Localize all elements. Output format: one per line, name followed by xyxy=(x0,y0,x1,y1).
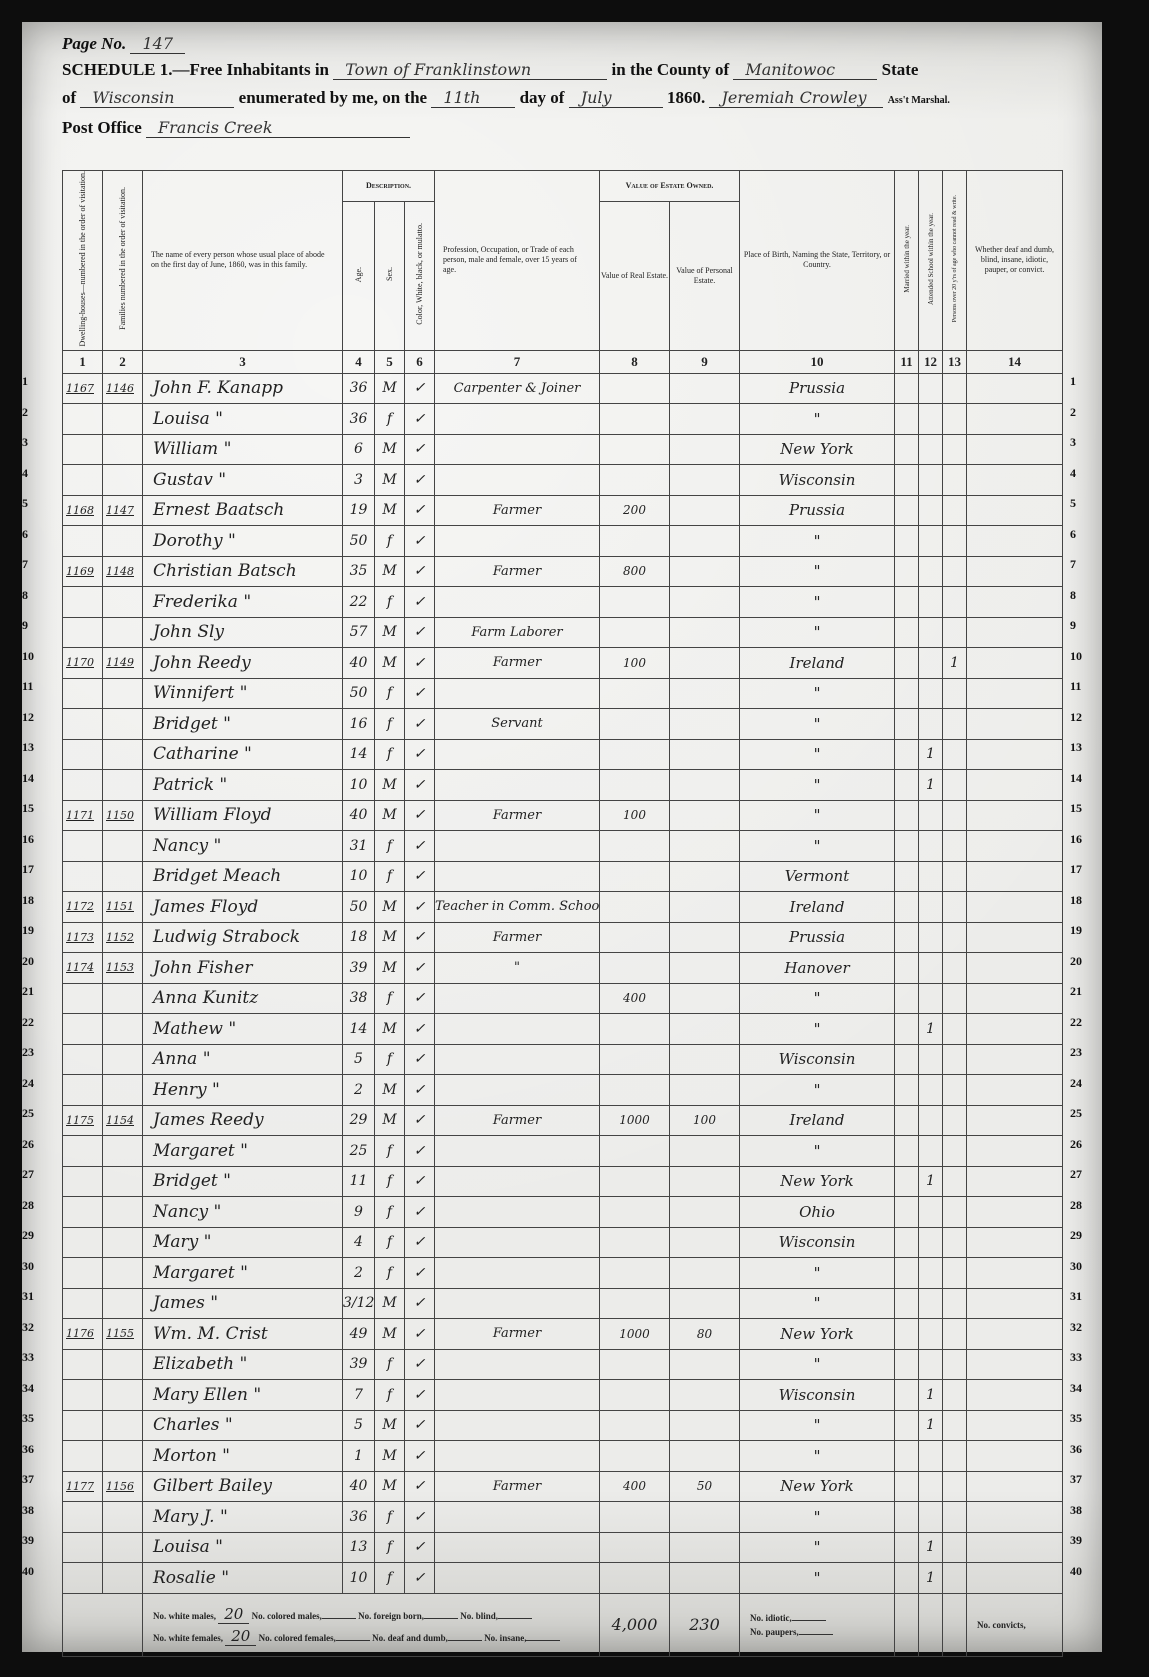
personal-estate-value xyxy=(670,1044,740,1075)
family-number xyxy=(103,1044,143,1075)
color-mark: ✓ xyxy=(405,556,435,587)
disability xyxy=(967,922,1063,953)
dwelling-number xyxy=(63,1380,103,1411)
real-estate-value xyxy=(600,922,670,953)
person-name: Christian Batsch xyxy=(143,556,343,587)
line-number: 35 xyxy=(22,1411,34,1426)
dwelling-number xyxy=(63,587,103,618)
person-name: John F. Kanapp xyxy=(143,373,343,404)
real-estate-value xyxy=(600,1410,670,1441)
married-mark xyxy=(895,495,919,526)
school-mark xyxy=(919,800,943,831)
real-estate-value: 400 xyxy=(600,983,670,1014)
age: 29 xyxy=(343,1105,375,1136)
personal-estate-value xyxy=(670,434,740,465)
illiterate-mark xyxy=(943,861,967,892)
school-mark xyxy=(919,526,943,557)
real-estate-value xyxy=(600,587,670,618)
sex: M xyxy=(375,373,405,404)
sex: M xyxy=(375,556,405,587)
person-name: Margaret " xyxy=(143,1258,343,1289)
page-number-line: Page No. 147 xyxy=(62,34,185,54)
age: 50 xyxy=(343,678,375,709)
real-estate-value xyxy=(600,770,670,801)
personal-estate-value xyxy=(670,1349,740,1380)
real-estate-value xyxy=(600,1563,670,1594)
family-number: 1154 xyxy=(103,1105,143,1136)
color-mark: ✓ xyxy=(405,709,435,740)
birthplace: " xyxy=(740,770,895,801)
school-mark xyxy=(919,953,943,984)
dwelling-number xyxy=(63,434,103,465)
person-name: Louisa " xyxy=(143,1532,343,1563)
real-estate-total: 4,000 xyxy=(600,1593,670,1656)
line-number: 7 xyxy=(1070,557,1076,572)
illiterate-mark xyxy=(943,1288,967,1319)
sex: M xyxy=(375,1441,405,1472)
person-name: Ernest Baatsch xyxy=(143,495,343,526)
disability xyxy=(967,1258,1063,1289)
color-mark: ✓ xyxy=(405,1319,435,1350)
person-name: Mary " xyxy=(143,1227,343,1258)
dwelling-number xyxy=(63,1410,103,1441)
illiterate-mark xyxy=(943,831,967,862)
table-row: Anna "5f✓Wisconsin xyxy=(63,1044,1063,1075)
school-mark xyxy=(919,1349,943,1380)
table-row: 11721151James Floyd50M✓Teacher in Comm. … xyxy=(63,892,1063,923)
dwelling-number xyxy=(63,1288,103,1319)
school-mark xyxy=(919,617,943,648)
color-mark: ✓ xyxy=(405,617,435,648)
family-number xyxy=(103,1288,143,1319)
family-number xyxy=(103,465,143,496)
occupation xyxy=(435,1349,600,1380)
personal-estate-value xyxy=(670,1380,740,1411)
line-number: 32 xyxy=(22,1320,34,1335)
occupation xyxy=(435,1532,600,1563)
line-number: 32 xyxy=(1070,1320,1082,1335)
occupation: Carpenter & Joiner xyxy=(435,373,600,404)
birthplace: Vermont xyxy=(740,861,895,892)
illiterate-mark xyxy=(943,404,967,435)
personal-estate-value xyxy=(670,587,740,618)
person-name: Gustav " xyxy=(143,465,343,496)
illiterate-mark xyxy=(943,1105,967,1136)
illiterate-mark xyxy=(943,922,967,953)
birthplace: " xyxy=(740,1502,895,1533)
family-number xyxy=(103,526,143,557)
birthplace: " xyxy=(740,587,895,618)
dwelling-number xyxy=(63,404,103,435)
dwelling-number xyxy=(63,1502,103,1533)
age: 50 xyxy=(343,526,375,557)
person-name: John Fisher xyxy=(143,953,343,984)
line-number: 14 xyxy=(22,771,34,786)
table-row: 11671146John F. Kanapp36M✓Carpenter & Jo… xyxy=(63,373,1063,404)
real-estate-value xyxy=(600,831,670,862)
age: 10 xyxy=(343,861,375,892)
family-number xyxy=(103,983,143,1014)
dwelling-number: 1173 xyxy=(63,922,103,953)
illiterate-mark xyxy=(943,556,967,587)
disability xyxy=(967,1441,1063,1472)
occupation xyxy=(435,1166,600,1197)
line-number: 37 xyxy=(22,1472,34,1487)
state-label: State xyxy=(882,60,919,79)
person-name: Winnifert " xyxy=(143,678,343,709)
dwelling-number xyxy=(63,739,103,770)
color-mark: ✓ xyxy=(405,1410,435,1441)
sex: M xyxy=(375,1105,405,1136)
family-number xyxy=(103,1075,143,1106)
personal-estate-value xyxy=(670,953,740,984)
family-number xyxy=(103,1166,143,1197)
real-estate-value xyxy=(600,1441,670,1472)
person-name: Bridget " xyxy=(143,1166,343,1197)
illiterate-mark xyxy=(943,1227,967,1258)
personal-estate-value xyxy=(670,1258,740,1289)
disability xyxy=(967,404,1063,435)
school-mark xyxy=(919,648,943,679)
person-name: Louisa " xyxy=(143,404,343,435)
color-mark: ✓ xyxy=(405,587,435,618)
dwelling-number: 1168 xyxy=(63,495,103,526)
person-name: Dorothy " xyxy=(143,526,343,557)
school-mark: 1 xyxy=(919,770,943,801)
color-mark: ✓ xyxy=(405,1441,435,1472)
disability xyxy=(967,1227,1063,1258)
color-mark: ✓ xyxy=(405,1532,435,1563)
disability xyxy=(967,1105,1063,1136)
sex: M xyxy=(375,495,405,526)
line-number: 18 xyxy=(1070,893,1082,908)
school-mark xyxy=(919,587,943,618)
color-mark: ✓ xyxy=(405,404,435,435)
school-mark xyxy=(919,1471,943,1502)
illiterate-mark xyxy=(943,587,967,618)
illiterate-mark xyxy=(943,1014,967,1045)
sex: M xyxy=(375,434,405,465)
occupation xyxy=(435,434,600,465)
sex: f xyxy=(375,1380,405,1411)
person-name: Margaret " xyxy=(143,1136,343,1167)
school-mark xyxy=(919,1502,943,1533)
real-estate-value xyxy=(600,1075,670,1106)
real-estate-value xyxy=(600,1044,670,1075)
disability xyxy=(967,678,1063,709)
family-number: 1153 xyxy=(103,953,143,984)
disability xyxy=(967,1410,1063,1441)
dwelling-number: 1177 xyxy=(63,1471,103,1502)
occupation: Farm Laborer xyxy=(435,617,600,648)
married-mark xyxy=(895,434,919,465)
birthplace: " xyxy=(740,1288,895,1319)
occupation xyxy=(435,1410,600,1441)
header-family: Families numbered in the order of visita… xyxy=(103,171,143,351)
family-number xyxy=(103,678,143,709)
sex: M xyxy=(375,617,405,648)
person-name: William Floyd xyxy=(143,800,343,831)
occupation xyxy=(435,678,600,709)
occupation xyxy=(435,1075,600,1106)
school-mark: 1 xyxy=(919,1563,943,1594)
table-row: 11701149John Reedy40M✓Farmer100Ireland1 xyxy=(63,648,1063,679)
table-row: Patrick "10M✓"1 xyxy=(63,770,1063,801)
line-number: 17 xyxy=(1070,862,1082,877)
married-mark xyxy=(895,1319,919,1350)
occupation xyxy=(435,587,600,618)
age: 10 xyxy=(343,1563,375,1594)
sex: f xyxy=(375,1563,405,1594)
school-mark xyxy=(919,922,943,953)
occupation xyxy=(435,983,600,1014)
table-row: Bridget "11f✓New York1 xyxy=(63,1166,1063,1197)
dwelling-number xyxy=(63,1532,103,1563)
married-mark xyxy=(895,1136,919,1167)
table-row: Nancy "9f✓Ohio xyxy=(63,1197,1063,1228)
dwelling-number xyxy=(63,709,103,740)
dwelling-number xyxy=(63,1197,103,1228)
school-mark xyxy=(919,465,943,496)
color-mark: ✓ xyxy=(405,892,435,923)
line-number: 40 xyxy=(1070,1564,1082,1579)
disability xyxy=(967,1197,1063,1228)
family-number: 1152 xyxy=(103,922,143,953)
person-name: Nancy " xyxy=(143,831,343,862)
schedule-title-line: SCHEDULE 1.—Free Inhabitants in Town of … xyxy=(62,60,918,80)
line-number: 30 xyxy=(1070,1259,1082,1274)
family-number: 1146 xyxy=(103,373,143,404)
header-description-group: Description. xyxy=(343,171,435,202)
table-row: Louisa "36f✓" xyxy=(63,404,1063,435)
family-number xyxy=(103,1227,143,1258)
family-number: 1148 xyxy=(103,556,143,587)
illiterate-mark xyxy=(943,709,967,740)
color-mark: ✓ xyxy=(405,800,435,831)
county-label: in the County of xyxy=(612,60,730,79)
birthplace: Ireland xyxy=(740,892,895,923)
dwelling-number xyxy=(63,526,103,557)
line-number: 2 xyxy=(22,405,28,420)
line-number: 13 xyxy=(22,740,34,755)
birthplace: " xyxy=(740,800,895,831)
school-mark xyxy=(919,1044,943,1075)
disability xyxy=(967,1166,1063,1197)
family-number xyxy=(103,1410,143,1441)
dwelling-number xyxy=(63,1563,103,1594)
person-name: Bridget " xyxy=(143,709,343,740)
line-number: 6 xyxy=(22,527,28,542)
school-mark xyxy=(919,709,943,740)
person-name: Henry " xyxy=(143,1075,343,1106)
married-mark xyxy=(895,678,919,709)
personal-estate-value xyxy=(670,1136,740,1167)
color-mark: ✓ xyxy=(405,1349,435,1380)
disability xyxy=(967,831,1063,862)
personal-estate-value xyxy=(670,709,740,740)
family-number xyxy=(103,617,143,648)
color-mark: ✓ xyxy=(405,434,435,465)
married-mark xyxy=(895,861,919,892)
person-name: John Reedy xyxy=(143,648,343,679)
married-mark xyxy=(895,526,919,557)
line-number: 3 xyxy=(1070,435,1076,450)
line-number: 29 xyxy=(1070,1228,1082,1243)
birthplace: New York xyxy=(740,1471,895,1502)
line-number: 39 xyxy=(22,1533,34,1548)
disability xyxy=(967,983,1063,1014)
line-number: 25 xyxy=(22,1106,34,1121)
personal-estate-value xyxy=(670,861,740,892)
school-mark xyxy=(919,1197,943,1228)
personal-estate-value xyxy=(670,739,740,770)
married-mark xyxy=(895,1349,919,1380)
occupation xyxy=(435,831,600,862)
personal-estate-value xyxy=(670,1014,740,1045)
real-estate-value xyxy=(600,1380,670,1411)
birthplace: " xyxy=(740,1014,895,1045)
married-mark xyxy=(895,1258,919,1289)
personal-estate-value xyxy=(670,404,740,435)
married-mark xyxy=(895,1532,919,1563)
school-mark: 1 xyxy=(919,1532,943,1563)
line-number: 20 xyxy=(1070,954,1082,969)
dwelling-number xyxy=(63,1258,103,1289)
table-row: Rosalie "10f✓"1 xyxy=(63,1563,1063,1594)
table-row: Mary "4f✓Wisconsin xyxy=(63,1227,1063,1258)
real-estate-value xyxy=(600,1502,670,1533)
married-mark xyxy=(895,373,919,404)
table-row: Anna Kunitz38f✓400" xyxy=(63,983,1063,1014)
illiterate-mark xyxy=(943,1410,967,1441)
illiterate-mark xyxy=(943,1319,967,1350)
real-estate-value xyxy=(600,1227,670,1258)
white-males-count: 20 xyxy=(218,1605,249,1624)
married-mark xyxy=(895,465,919,496)
birthplace: " xyxy=(740,617,895,648)
real-estate-value xyxy=(600,953,670,984)
married-mark xyxy=(895,1197,919,1228)
table-row: 11691148Christian Batsch35M✓Farmer800" xyxy=(63,556,1063,587)
sex: f xyxy=(375,861,405,892)
sex: M xyxy=(375,1288,405,1319)
person-name: James Floyd xyxy=(143,892,343,923)
family-number xyxy=(103,1441,143,1472)
married-mark xyxy=(895,1410,919,1441)
age: 1 xyxy=(343,1441,375,1472)
family-number: 1156 xyxy=(103,1471,143,1502)
line-number: 26 xyxy=(1070,1137,1082,1152)
age: 25 xyxy=(343,1136,375,1167)
occupation xyxy=(435,1288,600,1319)
color-mark: ✓ xyxy=(405,953,435,984)
real-estate-value xyxy=(600,1349,670,1380)
married-mark xyxy=(895,556,919,587)
occupation xyxy=(435,739,600,770)
real-estate-value xyxy=(600,465,670,496)
header-birthplace: Place of Birth, Naming the State, Territ… xyxy=(740,171,895,351)
color-mark: ✓ xyxy=(405,1136,435,1167)
occupation xyxy=(435,465,600,496)
school-mark: 1 xyxy=(919,1014,943,1045)
personal-estate-value xyxy=(670,1075,740,1106)
person-name: Frederika " xyxy=(143,587,343,618)
personal-estate-value xyxy=(670,1166,740,1197)
disability xyxy=(967,1532,1063,1563)
color-mark: ✓ xyxy=(405,1166,435,1197)
personal-estate-value xyxy=(670,1288,740,1319)
birthplace: Prussia xyxy=(740,495,895,526)
line-number: 19 xyxy=(1070,923,1082,938)
married-mark xyxy=(895,1227,919,1258)
sex: M xyxy=(375,1410,405,1441)
post-office-field: Francis Creek xyxy=(146,118,410,138)
personal-estate-value: 100 xyxy=(670,1105,740,1136)
census-sheet: Page No. 147 SCHEDULE 1.—Free Inhabitant… xyxy=(22,22,1102,1652)
dwelling-number xyxy=(63,465,103,496)
table-row: Dorothy "50f✓" xyxy=(63,526,1063,557)
age: 10 xyxy=(343,770,375,801)
table-row: Nancy "31f✓" xyxy=(63,831,1063,862)
page-number: 147 xyxy=(130,34,185,54)
birthplace: " xyxy=(740,1532,895,1563)
age: 14 xyxy=(343,739,375,770)
month-field: July xyxy=(569,88,663,108)
real-estate-value xyxy=(600,892,670,923)
dwelling-number xyxy=(63,1075,103,1106)
school-mark: 1 xyxy=(919,739,943,770)
personal-estate-value xyxy=(670,1532,740,1563)
white-females-count: 20 xyxy=(225,1627,256,1646)
line-number: 23 xyxy=(22,1045,34,1060)
color-mark: ✓ xyxy=(405,648,435,679)
person-name: Catharine " xyxy=(143,739,343,770)
married-mark xyxy=(895,1014,919,1045)
sex: f xyxy=(375,709,405,740)
birthplace: " xyxy=(740,1441,895,1472)
line-number: 29 xyxy=(22,1228,34,1243)
age: 39 xyxy=(343,1349,375,1380)
real-estate-value xyxy=(600,526,670,557)
real-estate-value xyxy=(600,1014,670,1045)
birthplace: " xyxy=(740,1410,895,1441)
personal-estate-value xyxy=(670,1563,740,1594)
disability xyxy=(967,526,1063,557)
line-number: 5 xyxy=(1070,496,1076,511)
age: 5 xyxy=(343,1044,375,1075)
table-row: 11741153John Fisher39M✓"Hanover xyxy=(63,953,1063,984)
illiterate-mark xyxy=(943,770,967,801)
birthplace: New York xyxy=(740,434,895,465)
header-disability: Whether deaf and dumb, blind, insane, id… xyxy=(967,171,1063,351)
page-label: Page No. xyxy=(62,34,126,53)
married-mark xyxy=(895,983,919,1014)
age: 40 xyxy=(343,1471,375,1502)
age: 14 xyxy=(343,1014,375,1045)
personal-estate-value xyxy=(670,678,740,709)
married-mark xyxy=(895,1502,919,1533)
person-name: Nancy " xyxy=(143,1197,343,1228)
occupation xyxy=(435,404,600,435)
illiterate-mark xyxy=(943,1258,967,1289)
disability xyxy=(967,709,1063,740)
dwelling-number: 1172 xyxy=(63,892,103,923)
real-estate-value xyxy=(600,1166,670,1197)
school-mark xyxy=(919,1319,943,1350)
real-estate-value xyxy=(600,709,670,740)
disability xyxy=(967,1319,1063,1350)
real-estate-value xyxy=(600,404,670,435)
